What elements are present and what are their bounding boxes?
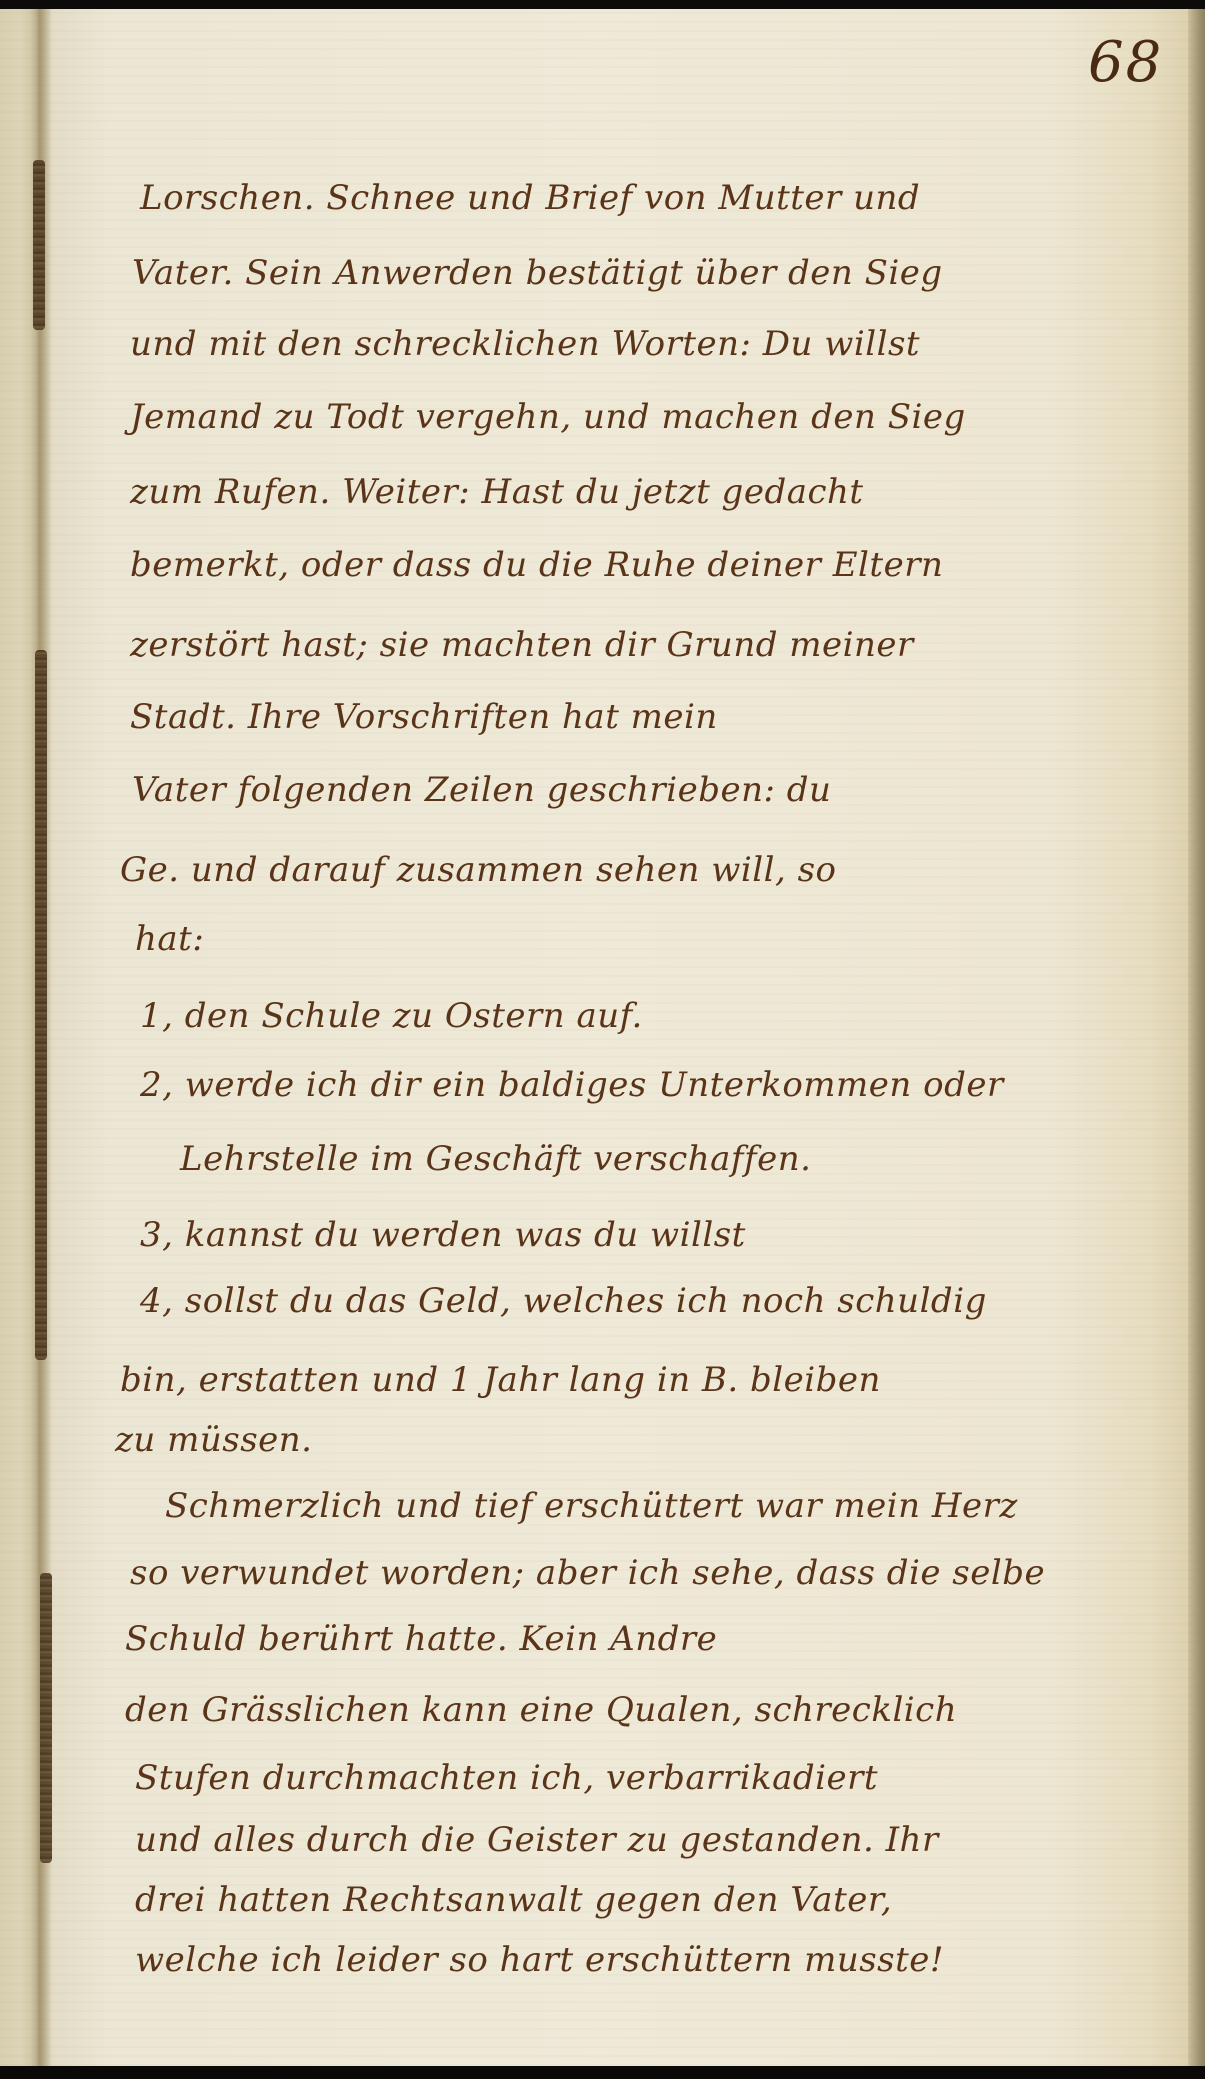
text-line: Stadt. Ihre Vorschriften hat mein bbox=[130, 697, 718, 737]
text-line: Schuld berührt hatte. Kein Andre bbox=[125, 1619, 717, 1659]
text-line: 1, den Schule zu Ostern auf. bbox=[140, 996, 643, 1036]
text-line: den Grässlichen kann eine Qualen, schrec… bbox=[125, 1690, 957, 1730]
text-line: bemerkt, oder dass du die Ruhe deiner El… bbox=[130, 545, 943, 585]
text-line: Vater. Sein Anwerden bestätigt über den … bbox=[132, 253, 943, 293]
text-line: zum Rufen. Weiter: Hast du jetzt gedacht bbox=[130, 472, 864, 512]
text-line: 4, sollst du das Geld, welches ich noch … bbox=[140, 1281, 987, 1321]
text-line: drei hatten Rechtsanwalt gegen den Vater… bbox=[135, 1880, 892, 1920]
text-line: zerstört hast; sie machten dir Grund mei… bbox=[130, 625, 914, 665]
text-line: Lehrstelle im Geschäft verschaffen. bbox=[180, 1139, 811, 1179]
text-line: Vater folgenden Zeilen geschrieben: du bbox=[132, 770, 831, 810]
handwritten-text-block: Lorschen. Schnee und Brief von Mutter un… bbox=[0, 0, 1205, 2079]
text-line: welche ich leider so hart erschüttern mu… bbox=[135, 1940, 944, 1980]
text-line: Stufen durchmachten ich, verbarrikadiert bbox=[135, 1758, 878, 1798]
text-line: Jemand zu Todt vergehn, und machen den S… bbox=[130, 397, 966, 437]
text-line: hat: bbox=[135, 919, 204, 959]
text-line: Ge. und darauf zusammen sehen will, so bbox=[120, 850, 837, 890]
text-line: zu müssen. bbox=[115, 1420, 312, 1460]
text-line: und alles durch die Geister zu gestanden… bbox=[135, 1820, 939, 1860]
text-line: 2, werde ich dir ein baldiges Unterkomme… bbox=[140, 1065, 1004, 1105]
text-line: und mit den schrecklichen Worten: Du wil… bbox=[130, 324, 920, 364]
text-line: 3, kannst du werden was du willst bbox=[140, 1215, 746, 1255]
text-line: Lorschen. Schnee und Brief von Mutter un… bbox=[140, 178, 920, 218]
text-line: bin, erstatten und 1 Jahr lang in B. ble… bbox=[120, 1360, 881, 1400]
text-line: so verwundet worden; aber ich sehe, dass… bbox=[130, 1553, 1045, 1593]
text-line: Schmerzlich und tief erschüttert war mei… bbox=[165, 1486, 1018, 1526]
scan-bottom-border bbox=[0, 2066, 1205, 2079]
